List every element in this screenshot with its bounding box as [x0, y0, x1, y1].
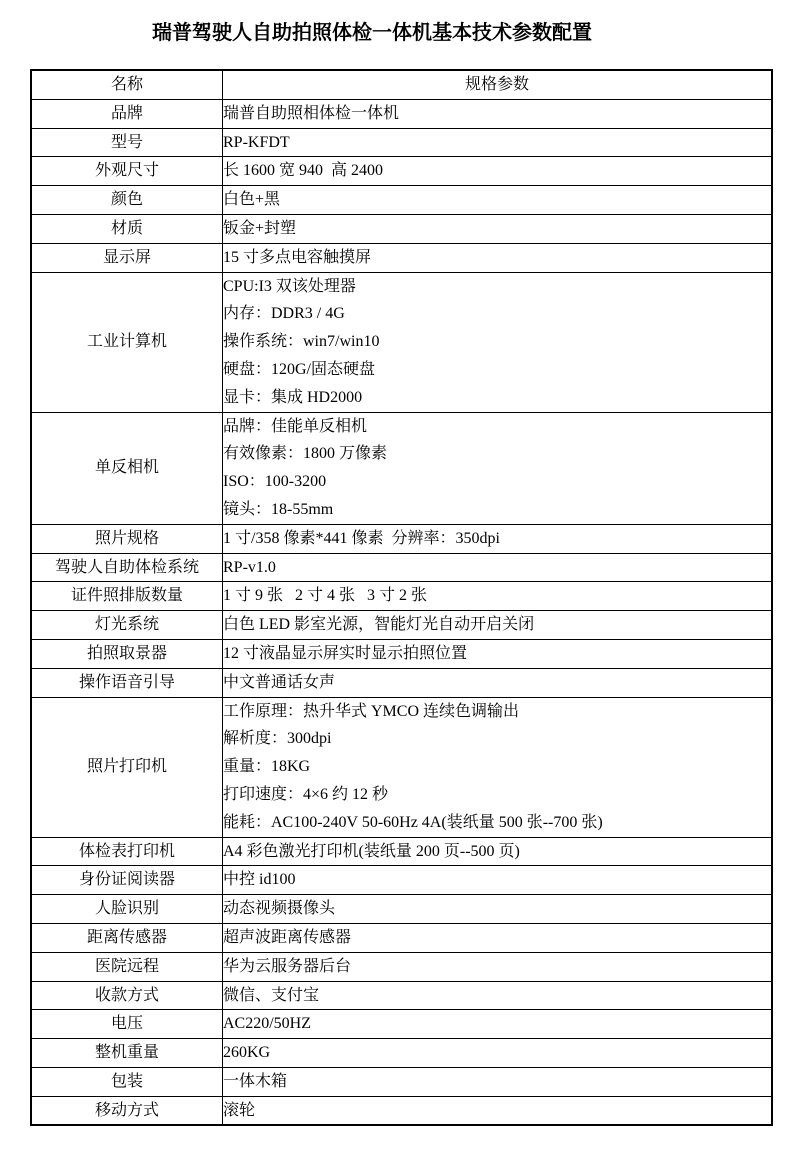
spec-line: 超声波距离传感器	[223, 924, 771, 952]
row-spec-cell: 品牌：佳能单反相机有效像素：1800 万像素ISO：100-3200镜头：18-…	[223, 412, 773, 524]
spec-line: CPU:I3 双该处理器	[223, 273, 771, 301]
page-title: 瑞普驾驶人自助拍照体检一体机基本技术参数配置	[0, 0, 800, 45]
spec-line: 华为云服务器后台	[223, 953, 771, 981]
row-spec-cell: 微信、支付宝	[223, 981, 773, 1010]
row-spec-cell: 长 1600 宽 940 高 2400	[223, 157, 773, 186]
row-name-cell: 拍照取景器	[31, 639, 223, 668]
row-name-cell: 人脸识别	[31, 895, 223, 924]
spec-line: 滚轮	[223, 1097, 771, 1125]
row-spec-cell: 12 寸液晶显示屏实时显示拍照位置	[223, 639, 773, 668]
row-spec-cell: 工作原理：热升华式 YMCO 连续色调输出解析度：300dpi重量：18KG打印…	[223, 697, 773, 837]
row-name-cell: 显示屏	[31, 243, 223, 272]
table-row: 收款方式微信、支付宝	[31, 981, 772, 1010]
table-row: 灯光系统白色 LED 影室光源，智能灯光自动开启关闭	[31, 611, 772, 640]
table-row: 驾驶人自助体检系统RP-v1.0	[31, 553, 772, 582]
row-spec-cell: RP-KFDT	[223, 128, 773, 157]
table-row: 材质钣金+封塑	[31, 214, 772, 243]
table-row: 单反相机品牌：佳能单反相机有效像素：1800 万像素ISO：100-3200镜头…	[31, 412, 772, 524]
spec-line: 瑞普自助照相体检一体机	[223, 100, 771, 128]
spec-line: 显卡：集成 HD2000	[223, 384, 771, 412]
row-name-cell: 照片规格	[31, 524, 223, 553]
header-name-cell: 名称	[31, 70, 223, 99]
table-body: 品牌瑞普自助照相体检一体机型号RP-KFDT外观尺寸长 1600 宽 940 高…	[31, 99, 772, 1125]
table-row: 电压AC220/50HZ	[31, 1010, 772, 1039]
table-row: 品牌瑞普自助照相体检一体机	[31, 99, 772, 128]
spec-table: 名称 规格参数 品牌瑞普自助照相体检一体机型号RP-KFDT外观尺寸长 1600…	[30, 69, 773, 1126]
row-name-cell: 型号	[31, 128, 223, 157]
spec-line: 有效像素：1800 万像素	[223, 440, 771, 468]
spec-line: 12 寸液晶显示屏实时显示拍照位置	[223, 640, 771, 668]
spec-line: 解析度：300dpi	[223, 725, 771, 753]
table-row: 照片打印机工作原理：热升华式 YMCO 连续色调输出解析度：300dpi重量：1…	[31, 697, 772, 837]
row-name-cell: 品牌	[31, 99, 223, 128]
row-name-cell: 体检表打印机	[31, 837, 223, 866]
spec-line: 镜头：18-55mm	[223, 496, 771, 524]
row-name-cell: 颜色	[31, 186, 223, 215]
table-row: 身份证阅读器中控 id100	[31, 866, 772, 895]
spec-line: 白色+黑	[223, 186, 771, 214]
spec-line: 钣金+封塑	[223, 215, 771, 243]
spec-line: 打印速度：4×6 约 12 秒	[223, 781, 771, 809]
header-spec-cell: 规格参数	[223, 70, 773, 99]
row-spec-cell: 滚轮	[223, 1096, 773, 1125]
row-name-cell: 灯光系统	[31, 611, 223, 640]
spec-line: 重量：18KG	[223, 753, 771, 781]
table-row: 包装一体木箱	[31, 1067, 772, 1096]
row-spec-cell: 白色+黑	[223, 186, 773, 215]
spec-line: 中文普通话女声	[223, 669, 771, 697]
table-row: 颜色白色+黑	[31, 186, 772, 215]
table-row: 照片规格1 寸/358 像素*441 像素 分辨率：350dpi	[31, 524, 772, 553]
table-row: 型号RP-KFDT	[31, 128, 772, 157]
spec-line: 品牌：佳能单反相机	[223, 413, 771, 441]
row-name-cell: 移动方式	[31, 1096, 223, 1125]
table-row: 距离传感器超声波距离传感器	[31, 923, 772, 952]
row-name-cell: 工业计算机	[31, 272, 223, 412]
row-name-cell: 证件照排版数量	[31, 582, 223, 611]
row-spec-cell: A4 彩色激光打印机(装纸量 200 页--500 页)	[223, 837, 773, 866]
spec-line: 1 寸/358 像素*441 像素 分辨率：350dpi	[223, 525, 771, 553]
spec-line: 动态视频摄像头	[223, 895, 771, 923]
row-spec-cell: CPU:I3 双该处理器内存：DDR3 / 4G操作系统：win7/win10硬…	[223, 272, 773, 412]
row-spec-cell: 动态视频摄像头	[223, 895, 773, 924]
spec-line: ISO：100-3200	[223, 468, 771, 496]
row-spec-cell: 15 寸多点电容触摸屏	[223, 243, 773, 272]
header-row: 名称 规格参数	[31, 70, 772, 99]
table-row: 拍照取景器12 寸液晶显示屏实时显示拍照位置	[31, 639, 772, 668]
row-name-cell: 收款方式	[31, 981, 223, 1010]
spec-line: 微信、支付宝	[223, 982, 771, 1010]
spec-line: 操作系统：win7/win10	[223, 328, 771, 356]
spec-line: 内存：DDR3 / 4G	[223, 300, 771, 328]
table-row: 证件照排版数量1 寸 9 张 2 寸 4 张 3 寸 2 张	[31, 582, 772, 611]
spec-line: 硬盘：120G/固态硬盘	[223, 356, 771, 384]
row-name-cell: 驾驶人自助体检系统	[31, 553, 223, 582]
row-spec-cell: 超声波距离传感器	[223, 923, 773, 952]
spec-line: 260KG	[223, 1039, 771, 1067]
spec-line: 能耗：AC100-240V 50-60Hz 4A(装纸量 500 张--700 …	[223, 809, 771, 837]
row-name-cell: 医院远程	[31, 952, 223, 981]
spec-line: RP-KFDT	[223, 129, 771, 157]
spec-line: A4 彩色激光打印机(装纸量 200 页--500 页)	[223, 838, 771, 866]
spec-line: 中控 id100	[223, 866, 771, 894]
table-row: 整机重量260KG	[31, 1039, 772, 1068]
row-spec-cell: 中控 id100	[223, 866, 773, 895]
row-name-cell: 整机重量	[31, 1039, 223, 1068]
spec-line: 长 1600 宽 940 高 2400	[223, 157, 771, 185]
spec-line: 15 寸多点电容触摸屏	[223, 244, 771, 272]
spec-line: 1 寸 9 张 2 寸 4 张 3 寸 2 张	[223, 582, 771, 610]
row-name-cell: 照片打印机	[31, 697, 223, 837]
table-row: 移动方式滚轮	[31, 1096, 772, 1125]
table-row: 人脸识别动态视频摄像头	[31, 895, 772, 924]
document-page: 瑞普驾驶人自助拍照体检一体机基本技术参数配置 名称 规格参数 品牌瑞普自助照相体…	[0, 0, 800, 1173]
spec-line: AC220/50HZ	[223, 1010, 771, 1038]
table-row: 工业计算机CPU:I3 双该处理器内存：DDR3 / 4G操作系统：win7/w…	[31, 272, 772, 412]
table-row: 外观尺寸长 1600 宽 940 高 2400	[31, 157, 772, 186]
row-spec-cell: 260KG	[223, 1039, 773, 1068]
table-row: 显示屏15 寸多点电容触摸屏	[31, 243, 772, 272]
row-spec-cell: 瑞普自助照相体检一体机	[223, 99, 773, 128]
row-name-cell: 单反相机	[31, 412, 223, 524]
table-row: 医院远程华为云服务器后台	[31, 952, 772, 981]
row-name-cell: 外观尺寸	[31, 157, 223, 186]
row-spec-cell: 华为云服务器后台	[223, 952, 773, 981]
row-name-cell: 材质	[31, 214, 223, 243]
row-name-cell: 电压	[31, 1010, 223, 1039]
table-row: 操作语音引导中文普通话女声	[31, 668, 772, 697]
row-spec-cell: 1 寸 9 张 2 寸 4 张 3 寸 2 张	[223, 582, 773, 611]
row-spec-cell: RP-v1.0	[223, 553, 773, 582]
spec-line: 工作原理：热升华式 YMCO 连续色调输出	[223, 698, 771, 726]
row-name-cell: 操作语音引导	[31, 668, 223, 697]
row-spec-cell: 1 寸/358 像素*441 像素 分辨率：350dpi	[223, 524, 773, 553]
row-spec-cell: AC220/50HZ	[223, 1010, 773, 1039]
row-spec-cell: 一体木箱	[223, 1067, 773, 1096]
row-spec-cell: 白色 LED 影室光源，智能灯光自动开启关闭	[223, 611, 773, 640]
spec-line: 白色 LED 影室光源，智能灯光自动开启关闭	[223, 611, 771, 639]
spec-line: 一体木箱	[223, 1068, 771, 1096]
table-row: 体检表打印机A4 彩色激光打印机(装纸量 200 页--500 页)	[31, 837, 772, 866]
row-name-cell: 包装	[31, 1067, 223, 1096]
row-name-cell: 距离传感器	[31, 923, 223, 952]
row-name-cell: 身份证阅读器	[31, 866, 223, 895]
row-spec-cell: 中文普通话女声	[223, 668, 773, 697]
spec-line: RP-v1.0	[223, 554, 771, 582]
row-spec-cell: 钣金+封塑	[223, 214, 773, 243]
